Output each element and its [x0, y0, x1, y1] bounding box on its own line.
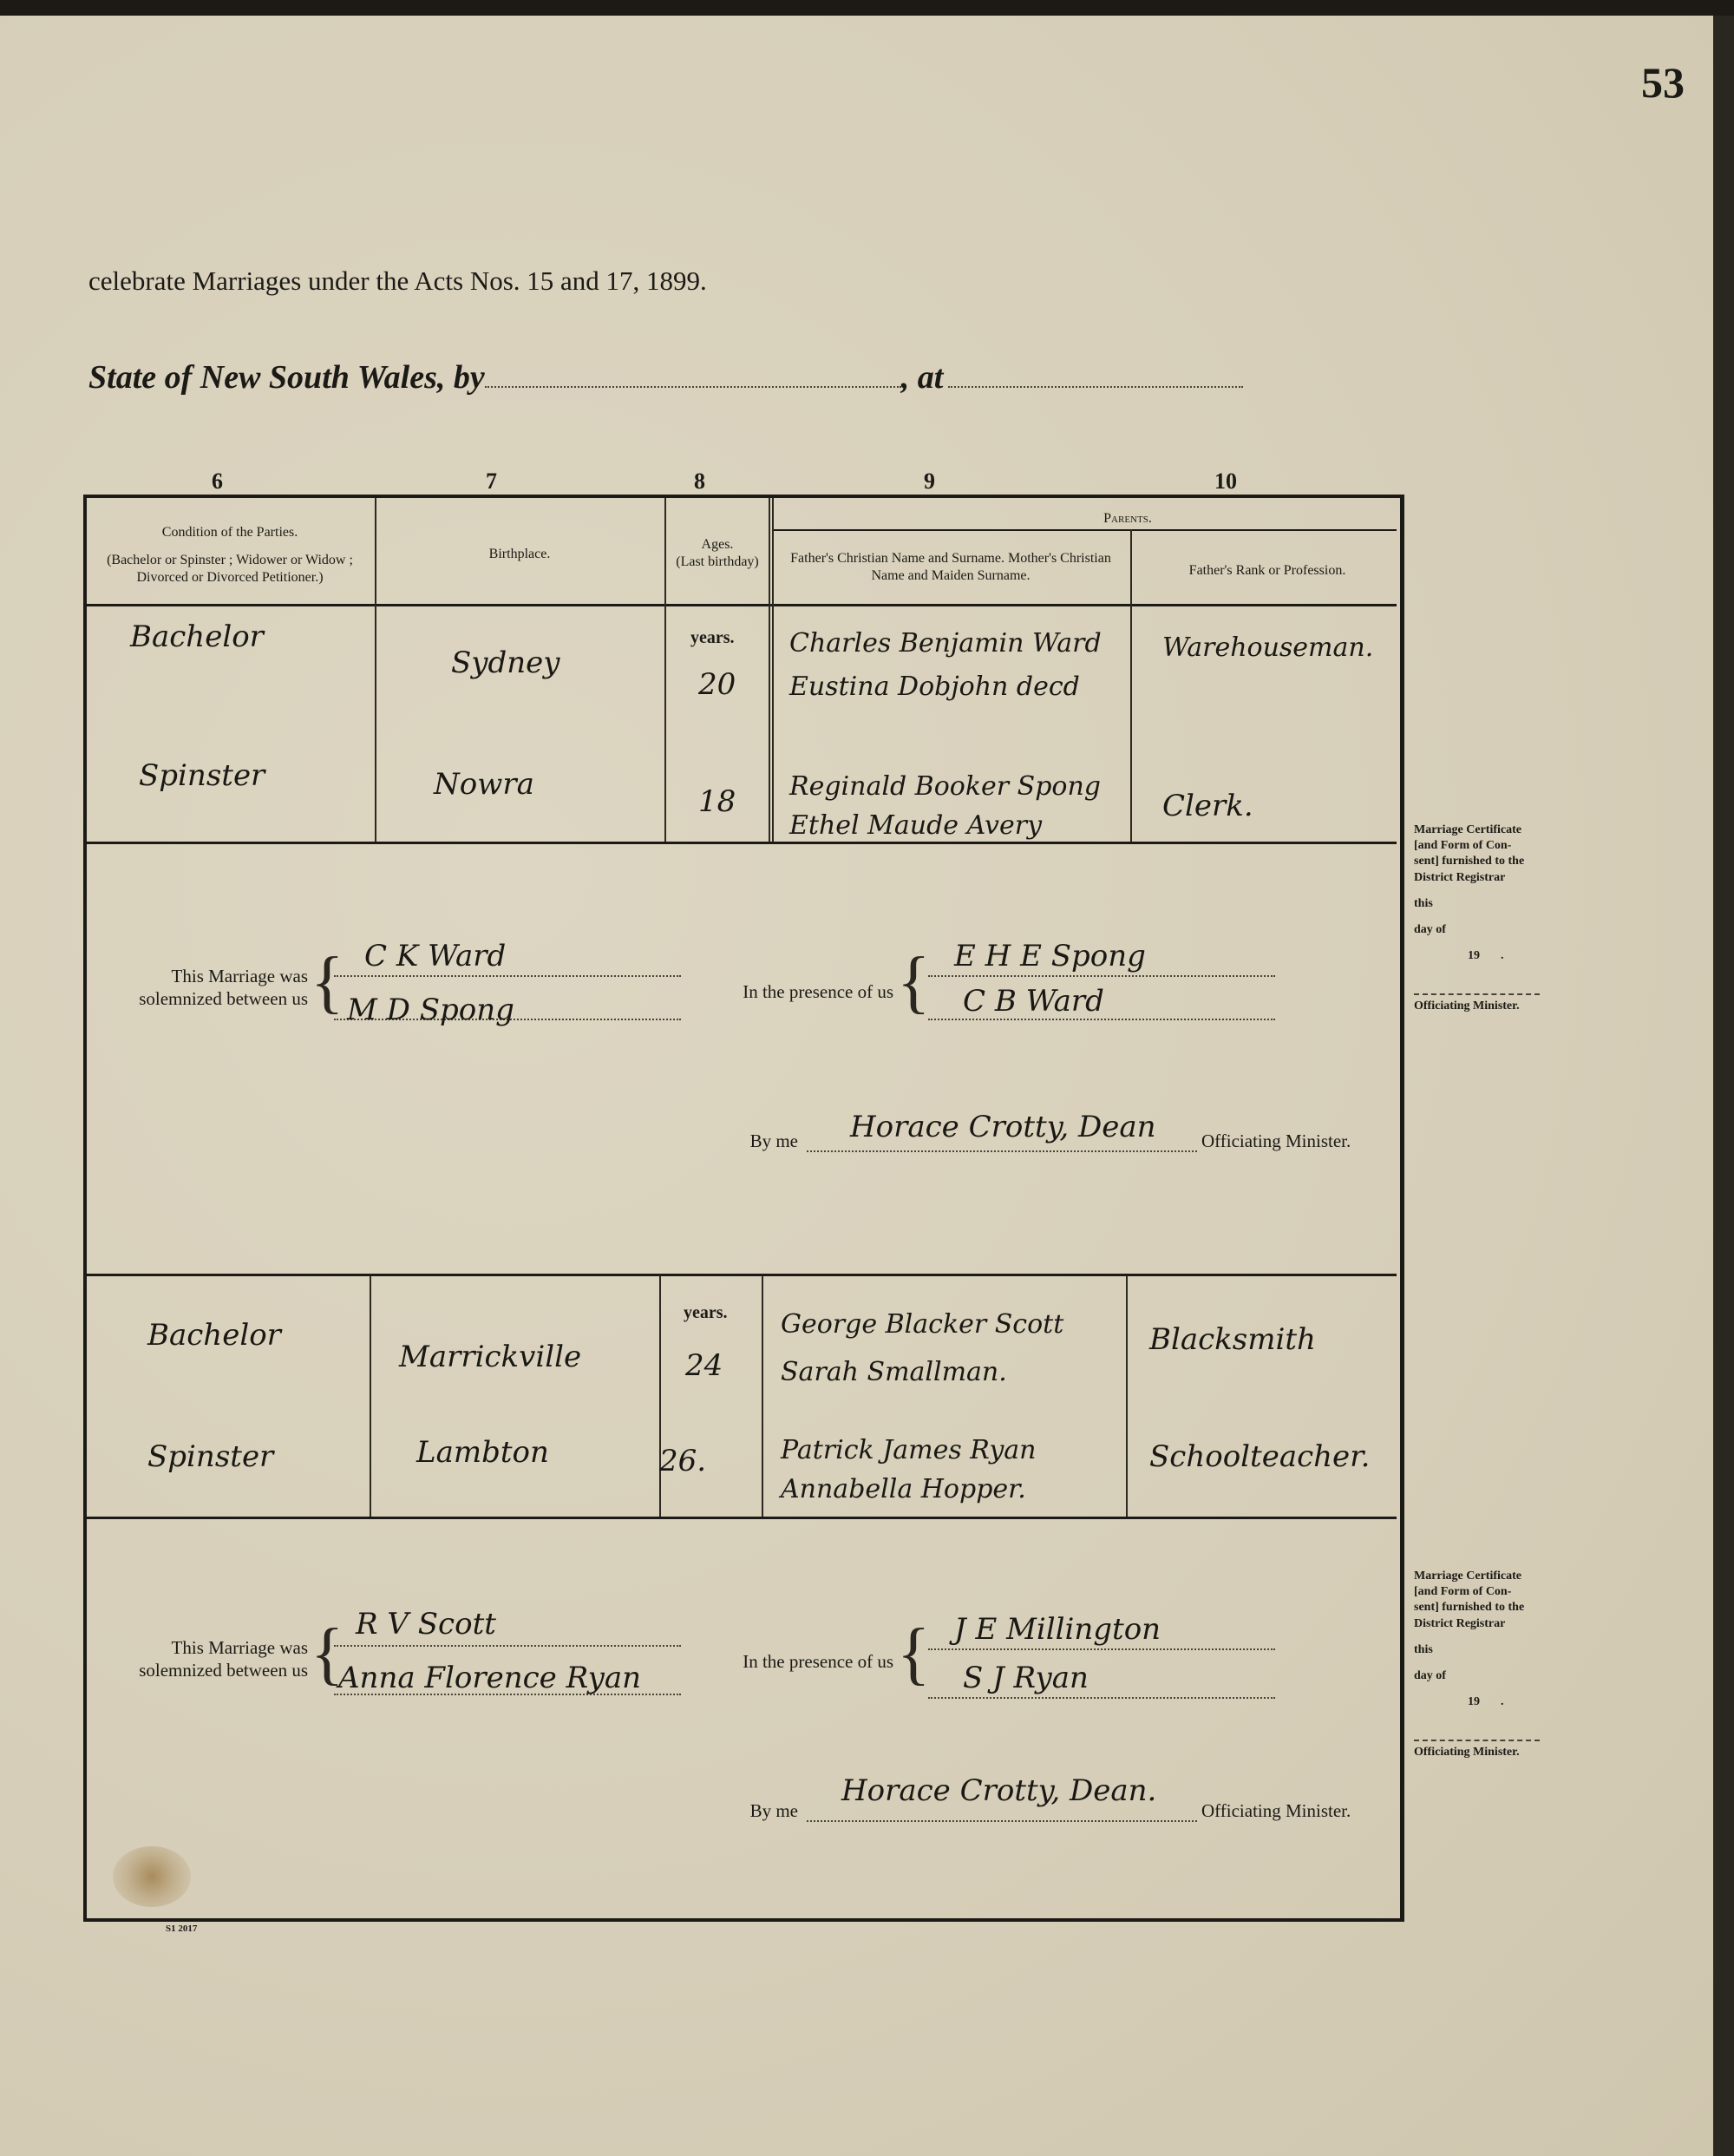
state-line: State of New South Wales, by, at [88, 358, 1243, 396]
entry1-witness-sig-2: C B Ward [963, 984, 1104, 1019]
side-note-entry2: Marriage Certificate [and Form of Con- s… [1414, 1569, 1540, 1761]
entry1-groom-condition: Bachelor [130, 619, 264, 654]
entry2-bride-mother: Annabella Hopper. [781, 1474, 1026, 1504]
entry1-groom-age: 20 [698, 667, 736, 702]
page-number: 53 [1641, 57, 1685, 108]
entry1-bride-father-rank: Clerk. [1162, 789, 1253, 823]
header-parents: Parents. [772, 510, 1483, 528]
entry1-minister-sig: Horace Crotty, Dean [850, 1110, 1156, 1144]
entry1-years-label: years. [690, 628, 735, 648]
entry2-solemnized-label: This Marriage was solemnized between us [87, 1636, 308, 1682]
entry2-presence-label: In the presence of us [694, 1650, 893, 1673]
entry1-party-sig-2: M D Spong [347, 993, 514, 1027]
entry2-bride-age: 26. [659, 1444, 706, 1478]
entry2-bride-father: Patrick James Ryan [781, 1435, 1037, 1465]
entry1-officiating-label: Officiating Minister. [1201, 1130, 1351, 1152]
entry1-groom-father: Charles Benjamin Ward [789, 628, 1102, 659]
header-birthplace: Birthplace. [376, 546, 663, 563]
entry1-presence-label: In the presence of us [694, 980, 893, 1003]
entry2-groom-birthplace: Marrickville [399, 1340, 581, 1374]
book-edge [0, 0, 1734, 16]
entry2-witness-sig-2: S J Ryan [963, 1661, 1089, 1695]
entry2-groom-father: George Blacker Scott [781, 1309, 1063, 1340]
entry1-party-sig-1: C K Ward [364, 939, 506, 973]
entry2-groom-condition: Bachelor [147, 1318, 281, 1353]
brace-icon: { [311, 947, 344, 1017]
intro-text: celebrate Marriages under the Acts Nos. … [88, 265, 707, 297]
header-rule [87, 604, 1397, 606]
ink-stain [113, 1846, 191, 1907]
entry2-bride-birthplace: Lambton [416, 1435, 549, 1470]
entry1-bride-age: 18 [698, 784, 736, 819]
col-number-7: 7 [486, 469, 497, 495]
entry1-bride-birthplace: Nowra [434, 767, 534, 802]
at-field[interactable] [948, 386, 1243, 388]
header-condition: Condition of the Parties. (Bachelor or S… [87, 524, 373, 587]
form-number: S1 2017 [166, 1923, 197, 1934]
entry2-groom-age: 24 [685, 1348, 723, 1383]
entry1-by-me-label: By me [729, 1130, 798, 1152]
col-number-10: 10 [1214, 469, 1237, 495]
entry1-groom-birthplace: Sydney [451, 645, 560, 680]
header-father-rank: Father's Rank or Profession. [1133, 562, 1402, 580]
entry2-bride-father-rank: Schoolteacher. [1149, 1439, 1371, 1474]
entry2-bride-condition: Spinster [147, 1439, 273, 1474]
header-parent-names: Father's Christian Name and Surname. Mot… [772, 550, 1129, 585]
entry2-years-label: years. [684, 1303, 728, 1323]
entry1-bride-father: Reginald Booker Spong [789, 771, 1101, 802]
entry1-witness-sig-1: E H E Spong [954, 939, 1146, 973]
brace-icon: { [897, 1619, 930, 1688]
col-number-8: 8 [694, 469, 705, 495]
header-ages: Ages. (Last birthday) [666, 536, 769, 571]
col-number-9: 9 [924, 469, 935, 495]
entry2-groom-father-rank: Blacksmith [1149, 1322, 1316, 1357]
entry2-groom-mother: Sarah Smallman. [781, 1357, 1007, 1387]
col-number-6: 6 [212, 469, 223, 495]
entry2-minister-sig: Horace Crotty, Dean. [841, 1773, 1156, 1808]
register-table: Condition of the Parties. (Bachelor or S… [83, 495, 1404, 1922]
entry1-groom-mother: Eustina Dobjohn decd [789, 672, 1080, 702]
entry2-by-me-label: By me [729, 1799, 798, 1822]
entry1-groom-father-rank: Warehouseman. [1162, 632, 1373, 663]
entry1-solemnized-label: This Marriage was solemnized between us [87, 965, 308, 1011]
side-note-entry1: Marriage Certificate [and Form of Con- s… [1414, 822, 1540, 1015]
by-field[interactable] [485, 386, 901, 388]
entry2-officiating-label: Officiating Minister. [1201, 1799, 1351, 1822]
entry2-witness-sig-1: J E Millington [954, 1612, 1161, 1647]
entry2-party-sig-1: R V Scott [356, 1607, 496, 1642]
entry2-party-sig-2: Anna Florence Ryan [338, 1661, 641, 1695]
register-page: 53 celebrate Marriages under the Acts No… [0, 16, 1713, 2156]
entry1-bride-condition: Spinster [139, 758, 265, 793]
entry1-bride-mother: Ethel Maude Avery [789, 810, 1042, 841]
brace-icon: { [897, 947, 930, 1017]
